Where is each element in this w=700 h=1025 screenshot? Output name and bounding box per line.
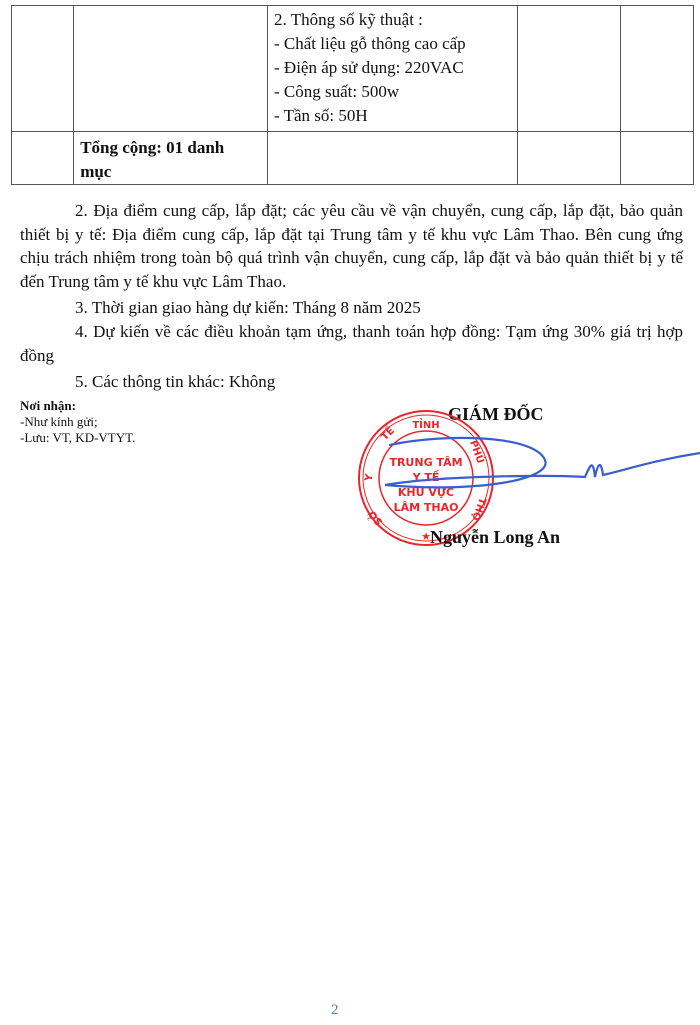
item-2-paragraph: 2. Địa điểm cung cấp, lắp đặt; các yêu c… — [20, 199, 683, 293]
recipients-block: Nơi nhận: -Như kính gửi; -Lưu: VT, KD-VT… — [20, 398, 135, 446]
recipient-line: -Lưu: VT, KD-VTYT. — [20, 430, 135, 446]
table-cell — [621, 6, 694, 132]
signature-icon — [385, 415, 700, 505]
spec-table: 2. Thông số kỹ thuật : - Chất liệu gỗ th… — [11, 5, 694, 185]
table-cell — [517, 132, 621, 185]
recipient-line: -Như kính gửi; — [20, 414, 135, 430]
table-cell — [517, 6, 621, 132]
table-cell — [12, 6, 74, 132]
table-cell — [12, 132, 74, 185]
table-cell — [621, 132, 694, 185]
table-row-total: Tổng cộng: 01 danh mục — [12, 132, 694, 185]
table-cell — [268, 132, 518, 185]
recipients-title: Nơi nhận: — [20, 398, 135, 414]
item-5-paragraph: 5. Các thông tin khác: Không — [20, 370, 683, 394]
spec-line: - Chất liệu gỗ thông cao cấp — [274, 32, 511, 56]
total-label-line: Tổng cộng: 01 danh — [80, 136, 261, 160]
item-3-paragraph: 3. Thời gian giao hàng dự kiến: Tháng 8 … — [20, 296, 683, 320]
page-number: 2 — [331, 1002, 339, 1019]
spec-line: - Tần số: 50H — [274, 104, 511, 128]
spec-cell: 2. Thông số kỹ thuật : - Chất liệu gỗ th… — [268, 6, 518, 132]
total-label: Tổng cộng: 01 danh mục — [74, 132, 268, 185]
spec-line: - Công suất: 500w — [274, 80, 511, 104]
total-label-line: mục — [80, 160, 261, 184]
table-cell — [74, 6, 268, 132]
signer-name: Nguyễn Long An — [430, 527, 560, 548]
spec-line: - Điện áp sử dụng: 220VAC — [274, 56, 511, 80]
item-4-paragraph: 4. Dự kiến về các điều khoản tạm ứng, th… — [20, 320, 683, 367]
table-row: 2. Thông số kỹ thuật : - Chất liệu gỗ th… — [12, 6, 694, 132]
svg-text:Y: Y — [363, 472, 375, 483]
spec-line: 2. Thông số kỹ thuật : — [274, 8, 511, 32]
